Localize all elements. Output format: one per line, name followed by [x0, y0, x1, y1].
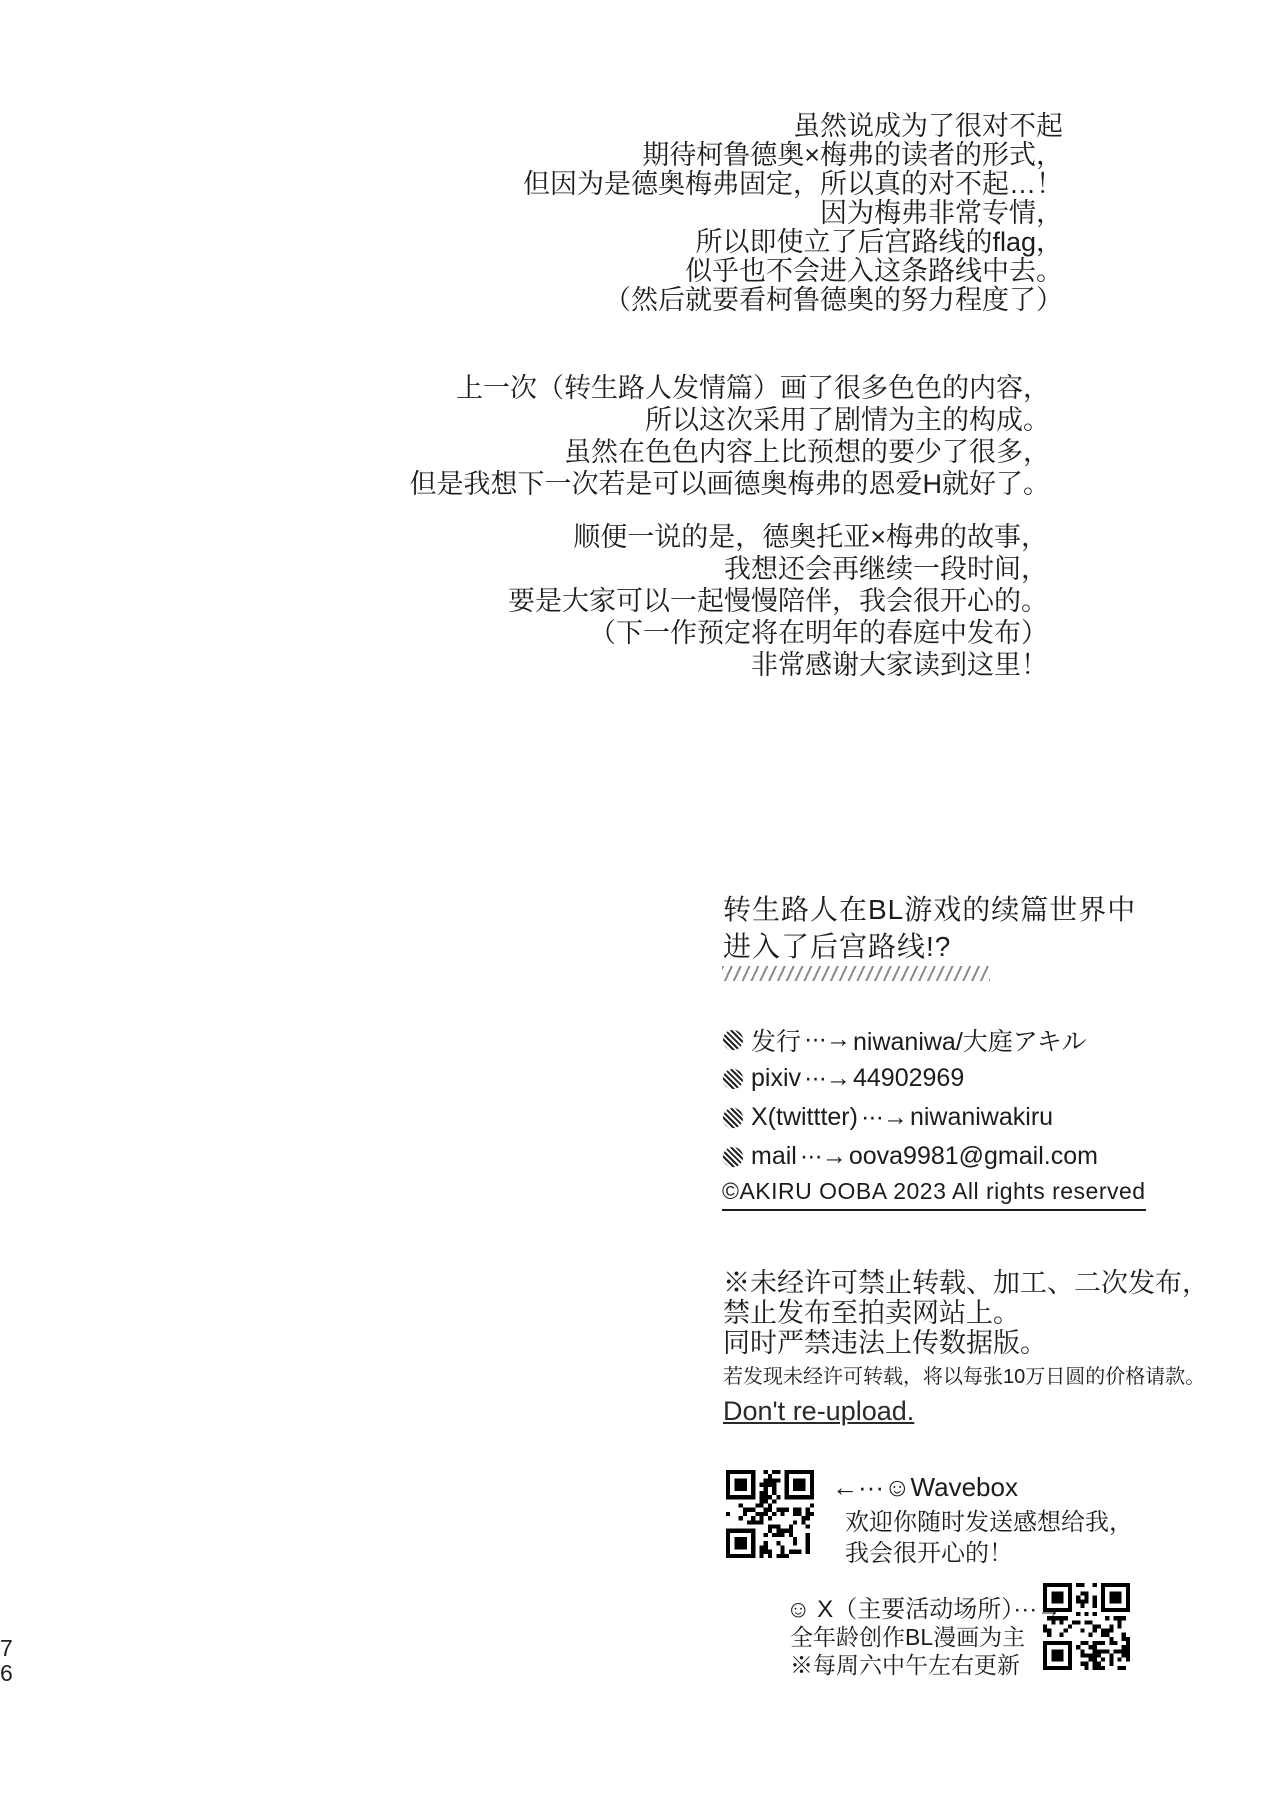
x-account-description: 全年龄创作BL漫画为主 ※每周六中午左右更新: [790, 1623, 1025, 1679]
credit-row-pixiv: pixiv ···→ 44902969: [722, 1059, 1098, 1098]
hatched-circle-icon: [722, 1107, 744, 1129]
afterword-line: 虽然说成为了很对不起: [523, 112, 1063, 141]
copyright-notice: ©AKIRU OOBA 2023 All rights reserved: [722, 1178, 1146, 1211]
page-number: 7 6: [0, 1636, 13, 1686]
credits-list: 发行 ···→ niwaniwa/大庭アキル pixiv ···→ 449029…: [722, 1020, 1098, 1176]
dotted-arrow-icon: ···→: [861, 1103, 907, 1132]
afterword-line: 我想还会再继续一段时间，: [508, 553, 1048, 585]
credit-row-x-twitter: X(twittter) ···→ niwaniwakiru: [722, 1098, 1098, 1137]
credit-label: X(twittter): [751, 1103, 858, 1132]
wavebox-text: Wavebox: [911, 1472, 1018, 1502]
afterword-line: 但因为是德奥梅弗固定，所以真的对不起…！: [523, 170, 1063, 199]
usage-notice: ※未经许可禁止转载、加工、二次发布， 禁止发布至拍卖网站上。 同时严禁违法上传数…: [723, 1268, 1209, 1358]
x-account-line: ※每周六中午左右更新: [790, 1651, 1025, 1679]
left-dotted-arrow-icon: ←···: [832, 1472, 884, 1502]
afterword-line: 要是大家可以一起慢慢陪伴，我会很开心的。: [508, 585, 1048, 617]
afterword-paragraph-3: 顺便一说的是，德奥托亚×梅弗的故事， 我想还会再继续一段时间， 要是大家可以一起…: [508, 521, 1048, 681]
afterword-line: （下一作预定将在明年的春庭中发布）: [508, 617, 1048, 649]
notice-line: 禁止发布至拍卖网站上。: [723, 1298, 1209, 1328]
x-account-text: X（主要活动场所）: [811, 1596, 1014, 1623]
hatch-divider: [722, 966, 990, 981]
hatched-circle-icon: [722, 1068, 744, 1090]
work-title-line-1: 转生路人在BL游戏的续篇世界中: [723, 891, 1136, 928]
hatched-circle-icon: [722, 1146, 744, 1168]
notice-line: ※未经许可禁止转载、加工、二次发布，: [723, 1268, 1209, 1298]
afterword-line: （然后就要看柯鲁德奥的努力程度了）: [523, 286, 1063, 315]
afterword-line: 似乎也不会进入这条路线中去。: [523, 257, 1063, 286]
afterword-page: 虽然说成为了很对不起 期待柯鲁德奥×梅弗的读者的形式， 但因为是德奥梅弗固定，所…: [0, 0, 1280, 1808]
afterword-paragraph-2: 上一次（转生路人发情篇）画了很多色色的内容， 所以这次采用了剧情为主的构成。 虽…: [410, 372, 1051, 500]
wavebox-qr-code: [726, 1470, 814, 1558]
dotted-arrow-icon: ···→: [804, 1064, 850, 1093]
afterword-line: 虽然在色色内容上比预想的要少了很多，: [410, 436, 1051, 468]
x-account-heading: ☺ X（主要活动场所）···→: [786, 1589, 1061, 1624]
x-qr-code: [1043, 1583, 1130, 1670]
afterword-line: 顺便一说的是，德奥托亚×梅弗的故事，: [508, 521, 1048, 553]
afterword-line: 非常感谢大家读到这里！: [508, 649, 1048, 681]
credit-row-mail: mail ···→ oova9981@gmail.com: [722, 1137, 1098, 1176]
afterword-line: 上一次（转生路人发情篇）画了很多色色的内容，: [410, 372, 1051, 404]
afterword-line: 期待柯鲁德奥×梅弗的读者的形式，: [523, 141, 1063, 170]
wavebox-message-line: 欢迎你随时发送感想给我，: [845, 1507, 1133, 1538]
page-number-digit: 7: [0, 1636, 13, 1661]
x-account-line: 全年龄创作BL漫画为主: [790, 1623, 1025, 1651]
dont-reupload-warning: Don't re-upload.: [723, 1396, 914, 1427]
afterword-line: 所以这次采用了剧情为主的构成。: [410, 404, 1051, 436]
credit-value: niwaniwakiru: [910, 1103, 1053, 1132]
credit-label: pixiv: [751, 1064, 801, 1093]
credit-row-publisher: 发行 ···→ niwaniwa/大庭アキル: [722, 1020, 1098, 1059]
hatched-circle-icon: [722, 1029, 744, 1051]
credit-value: niwaniwa/大庭アキル: [853, 1022, 1087, 1058]
wavebox-label: ←···☺Wavebox: [832, 1472, 1018, 1503]
dotted-arrow-icon: ···→: [804, 1025, 850, 1054]
wavebox-message: 欢迎你随时发送感想给我， 我会很开心的！: [845, 1507, 1133, 1569]
smiley-icon: ☺: [884, 1472, 911, 1502]
work-title-line-2: 进入了后宫路线!?: [723, 928, 1136, 965]
afterword-paragraph-1: 虽然说成为了很对不起 期待柯鲁德奥×梅弗的读者的形式， 但因为是德奥梅弗固定，所…: [523, 112, 1063, 315]
wavebox-message-line: 我会很开心的！: [845, 1538, 1133, 1569]
credit-label: mail: [751, 1142, 797, 1171]
credit-value: oova9981@gmail.com: [849, 1142, 1098, 1171]
dotted-arrow-icon: ···→: [800, 1142, 846, 1171]
fine-print: 若发现未经许可转载，将以每张10万日圆的价格请款。: [723, 1360, 1205, 1389]
afterword-line: 但是我想下一次若是可以画德奥梅弗的恩爱H就好了。: [410, 468, 1051, 500]
notice-line: 同时严禁违法上传数据版。: [723, 1328, 1209, 1358]
work-title: 转生路人在BL游戏的续篇世界中 进入了后宫路线!?: [723, 891, 1136, 965]
afterword-line: 所以即使立了后宫路线的flag，: [523, 228, 1063, 257]
credit-label: 发行: [751, 1022, 801, 1058]
page-number-digit: 6: [0, 1661, 13, 1686]
credit-value: 44902969: [853, 1064, 964, 1093]
smiley-icon: ☺: [786, 1596, 811, 1623]
afterword-line: 因为梅弗非常专情，: [523, 199, 1063, 228]
